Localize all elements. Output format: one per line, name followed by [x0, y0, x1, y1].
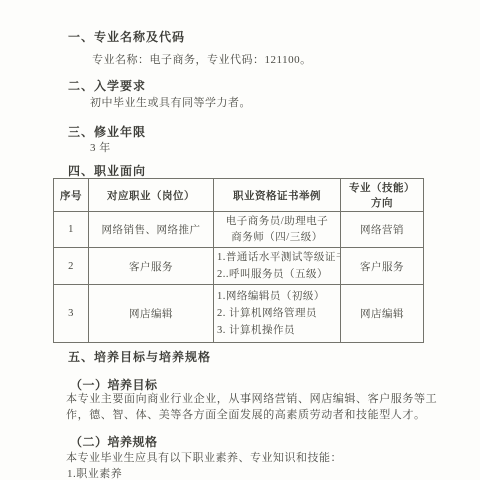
- row-no: 3: [54, 285, 89, 343]
- row-certs: 1.普通话水平测试等级证书 2..呼叫服务员（五级）: [214, 248, 341, 285]
- section3-heading: 三、修业年限: [68, 123, 146, 140]
- section2-body: 初中毕业生或具有同等学力者。: [90, 94, 251, 110]
- cert-line: 2..呼叫服务员（五级）: [217, 266, 337, 283]
- row-certs: 电子商务员/助理电子商务师（四/三级）: [214, 212, 341, 248]
- cert-line: 3. 计算机操作员: [217, 322, 337, 339]
- row-direction: 网络营销: [341, 212, 424, 248]
- row-no: 1: [54, 212, 89, 248]
- section5-sub2-body: 本专业毕业生应具有以下职业素养、专业知识和技能：: [66, 449, 342, 465]
- row-job: 网络销售、网络推广: [89, 212, 214, 248]
- section4-heading: 四、职业面向: [68, 162, 146, 179]
- section5-heading: 五、培养目标与培养规格: [68, 348, 211, 365]
- table-row: 3 网店编辑 1.网络编辑员（初级） 2. 计算机网络管理员 3. 计算机操作员…: [54, 285, 424, 343]
- cert-line: 电子商务员/助理电子商务师（四/三级）: [217, 214, 337, 246]
- header-cell-direction: 专业（技能）方向: [341, 179, 424, 212]
- career-orientation-table: 序号 对应职业（岗位） 职业资格证书举例 专业（技能）方向 1 网络销售、网络推…: [53, 178, 424, 343]
- row-certs: 1.网络编辑员（初级） 2. 计算机网络管理员 3. 计算机操作员: [214, 285, 341, 343]
- row-direction: 网店编辑: [341, 285, 424, 343]
- table-row: 1 网络销售、网络推广 电子商务员/助理电子商务师（四/三级） 网络营销: [54, 212, 424, 248]
- cert-line: 1.网络编辑员（初级）: [217, 288, 337, 305]
- section1-body: 专业名称：电子商务，专业代码：121100。: [92, 51, 312, 67]
- header-cell-job: 对应职业（岗位）: [89, 179, 214, 212]
- section5-sub1-body: 本专业主要面向商业行业企业，从事网络营销、网店编辑、客户服务等工作，德、智、体、…: [66, 391, 442, 423]
- section5-sub2-heading: （二）培养规格: [70, 433, 158, 450]
- row-no: 2: [54, 248, 89, 285]
- section1-heading: 一、专业名称及代码: [68, 28, 185, 45]
- row-job: 网店编辑: [89, 285, 214, 343]
- section2-heading: 二、入学要求: [68, 77, 146, 94]
- scanned-document-page: 一、专业名称及代码 专业名称：电子商务，专业代码：121100。 二、入学要求 …: [0, 0, 480, 480]
- header-cell-certs: 职业资格证书举例: [214, 179, 341, 212]
- row-direction: 客户服务: [341, 248, 424, 285]
- cert-line: 2. 计算机网络管理员: [217, 305, 337, 322]
- section3-body: 3 年: [90, 139, 111, 155]
- table-row: 2 客户服务 1.普通话水平测试等级证书 2..呼叫服务员（五级） 客户服务: [54, 248, 424, 285]
- row-job: 客户服务: [89, 248, 214, 285]
- section5-sub2-item: 1.职业素养: [67, 465, 122, 480]
- header-cell-no: 序号: [54, 179, 89, 212]
- cert-line: 1.普通话水平测试等级证书: [217, 249, 337, 266]
- table-header-row: 序号 对应职业（岗位） 职业资格证书举例 专业（技能）方向: [54, 179, 424, 212]
